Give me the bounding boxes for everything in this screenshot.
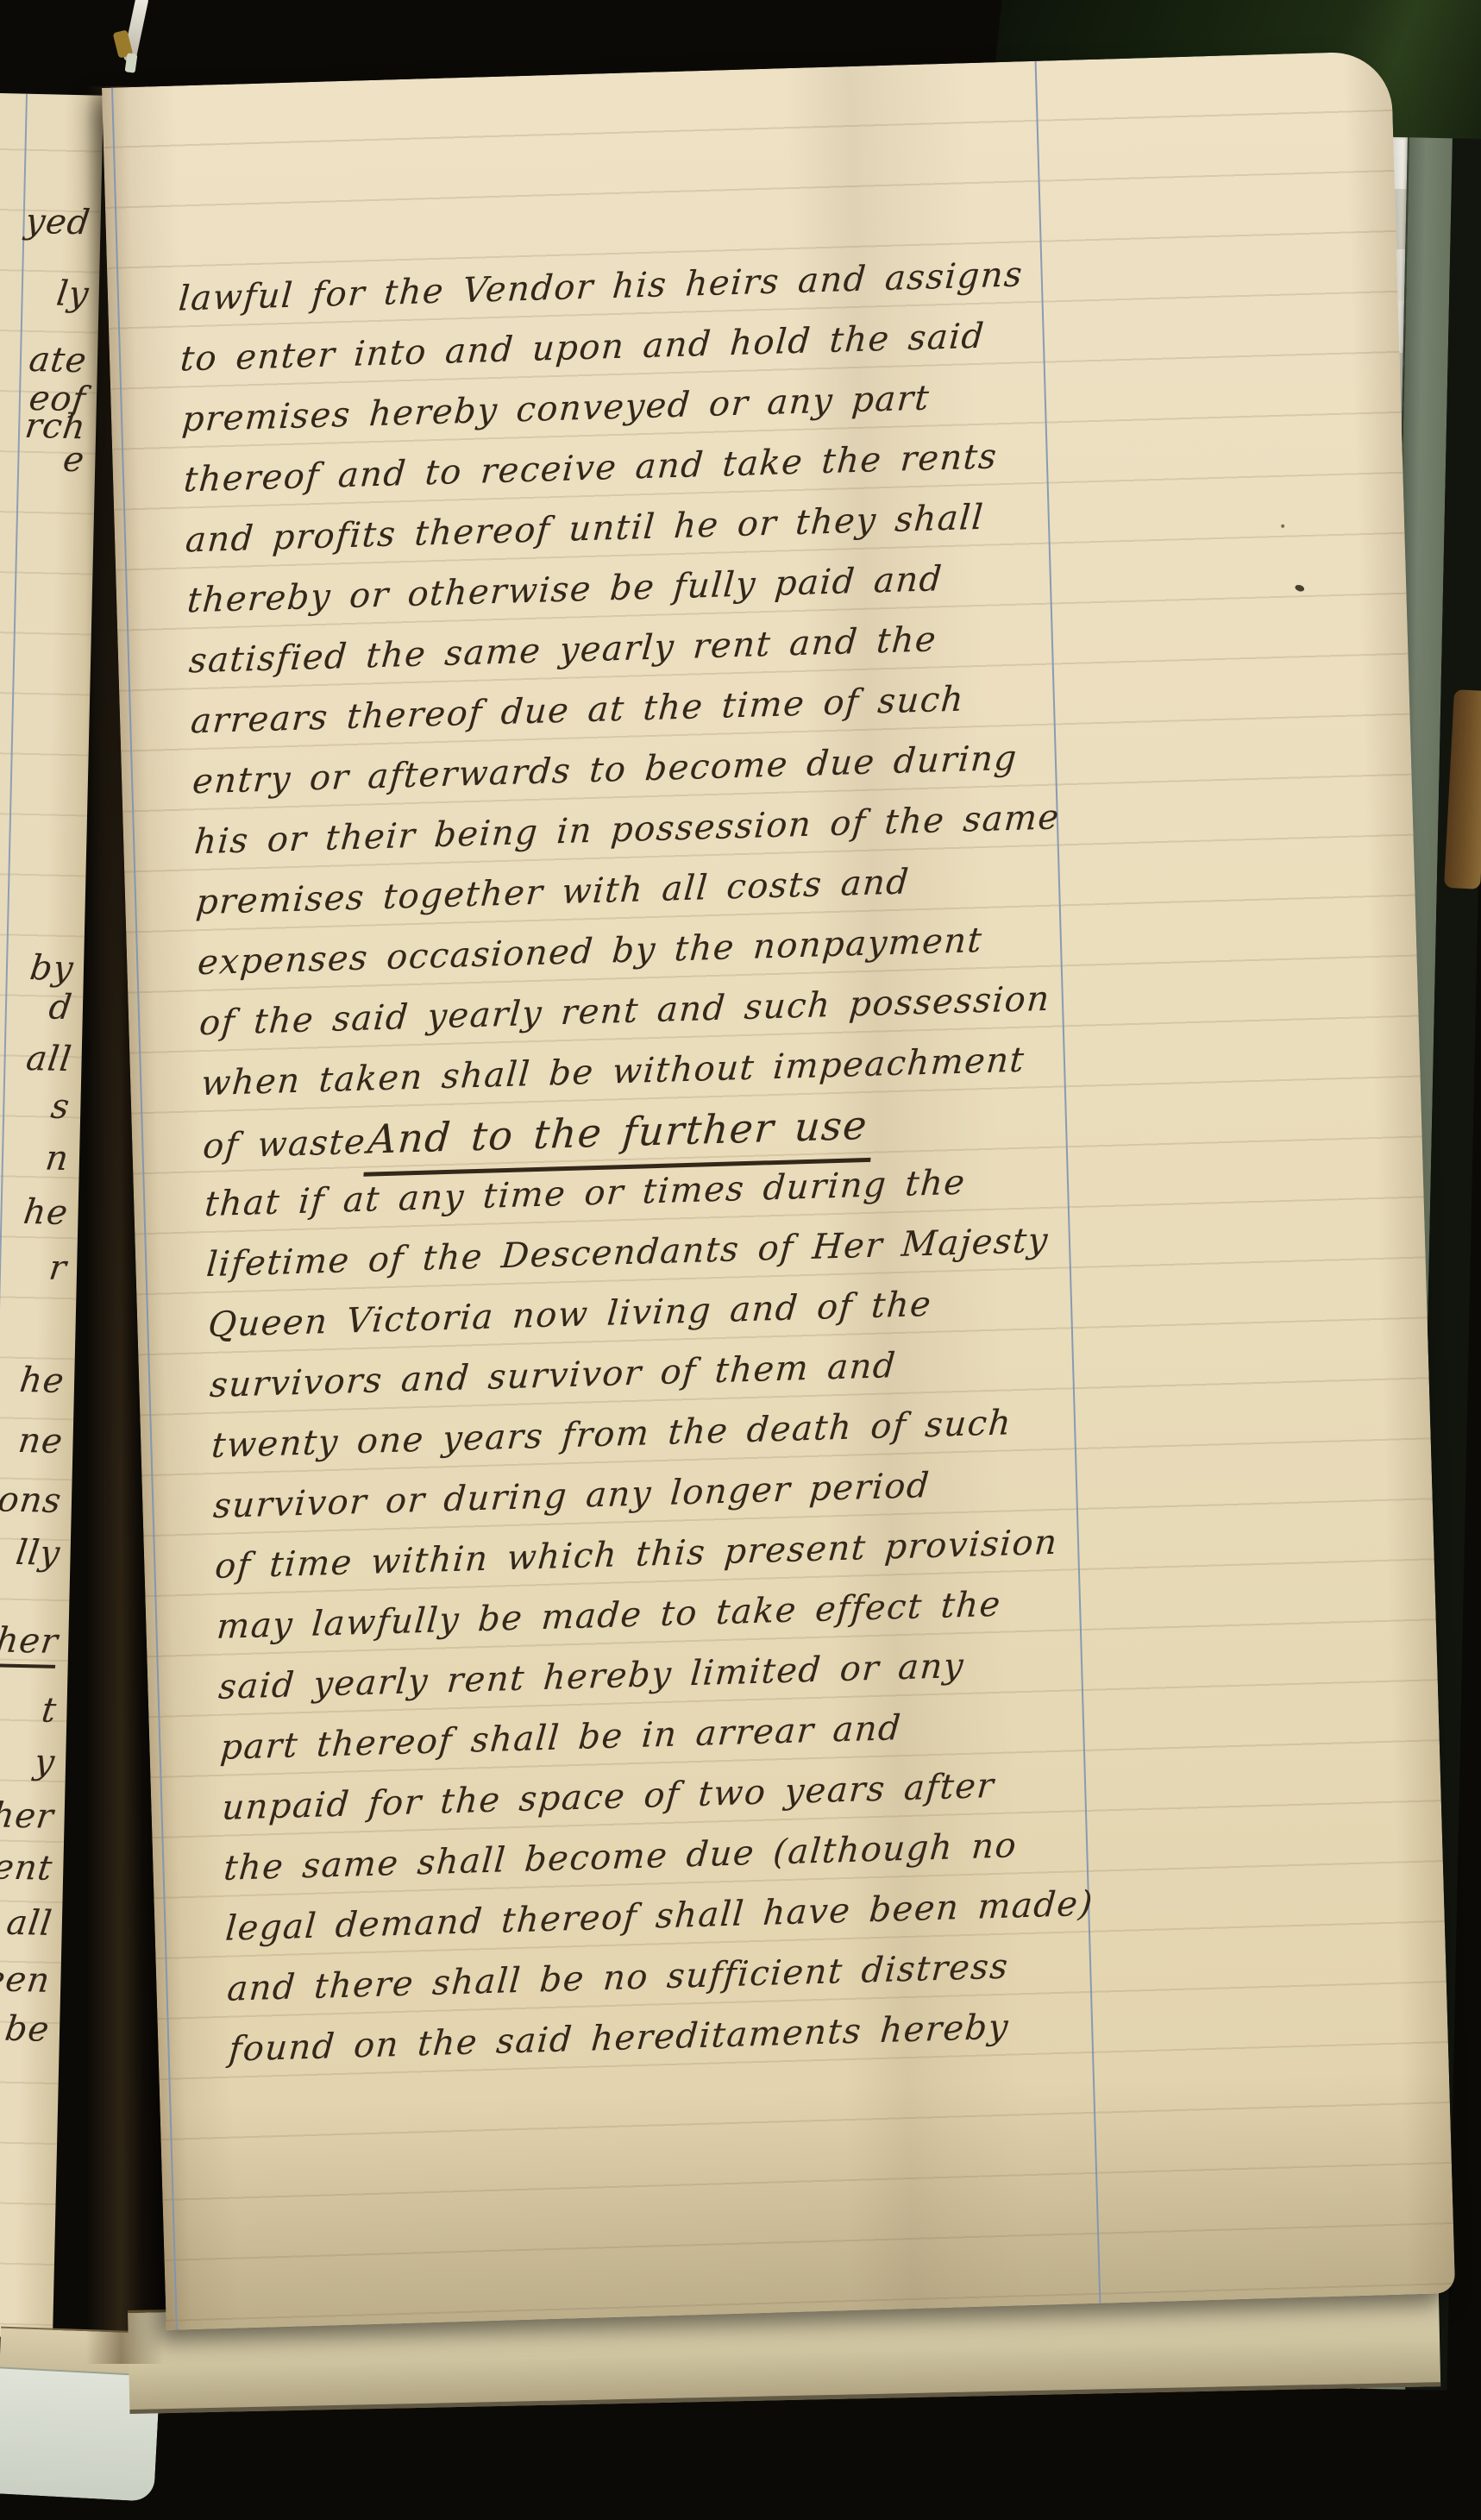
clipped-word-fragment: all [0,1037,72,1079]
clipped-word-fragment: ne [0,1419,63,1461]
clipped-word-fragment: s [0,1084,71,1127]
handwriting-lines: lawful for the Vendor his heirs and assi… [178,243,1104,2079]
clipped-word-fragment: n [0,1136,70,1178]
clipped-word-fragment: he [0,1359,65,1401]
ledger-photo: yedlyateeofrchebydallsnherheneionsllythe… [0,0,1481,2520]
clipped-word-fragment: he [0,1191,68,1233]
ledger-page: lawful for the Vendor his heirs and assi… [102,51,1455,2330]
clipped-word-fragment: all [0,1901,52,1944]
clipped-word-fragment: t [0,1688,57,1731]
clip-glint-green [125,53,138,72]
ink-speck [1294,584,1305,593]
clipped-word-fragment: ther [0,1794,54,1837]
clipped-word-fragment: lly [0,1531,60,1574]
clipped-word-fragment: ther [0,1619,59,1668]
clipped-word-fragment: ate [0,338,88,380]
clipped-word-fragment: ions [0,1479,62,1521]
clipped-word-fragment: y [0,1740,56,1782]
clipped-word-fragment: yed [0,200,91,242]
clipped-word-fragment: by [0,946,74,989]
clipped-word-fragment: ly [0,272,89,314]
clipped-word-fragment: r [0,1246,67,1288]
clipped-word-fragment: ent [0,1846,53,1888]
ink-speck [1281,525,1284,528]
clipped-word-fragment: e [0,437,85,480]
clipped-word-fragment: d [0,985,72,1027]
clipped-word-fragment: been [0,1958,51,2001]
clipped-word-fragment: be [0,2008,50,2050]
